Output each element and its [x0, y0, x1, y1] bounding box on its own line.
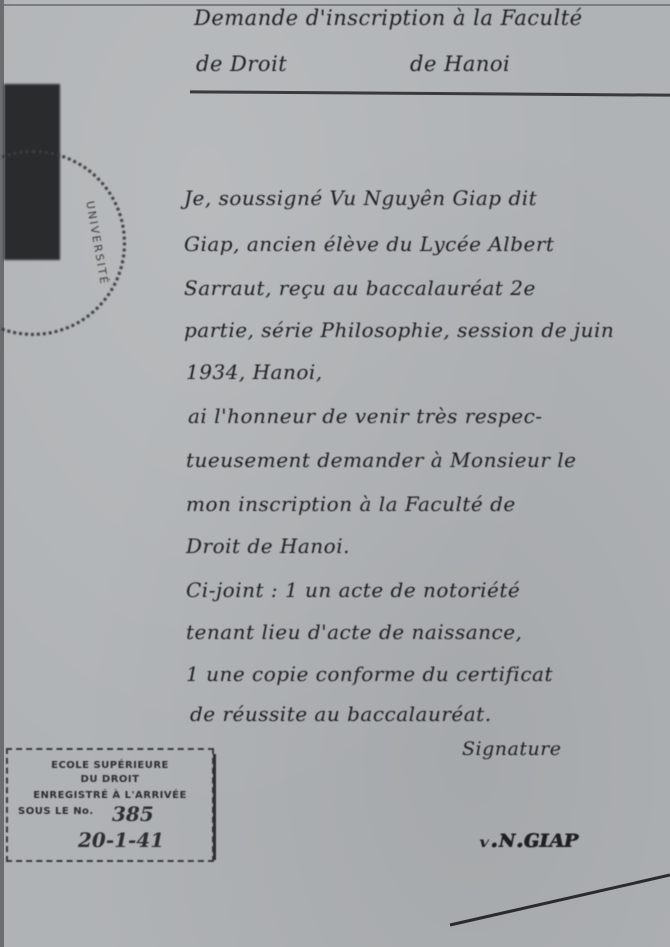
signature-flourish [440, 870, 670, 930]
letter-line: ai l'honneur de venir très respec- [188, 404, 543, 428]
stamp-registration-number: 385 [112, 802, 154, 826]
document-title-line-2a: de Droit [196, 52, 287, 76]
document-title-line-1: Demande d'inscription à la Faculté [194, 6, 583, 30]
stamp-line-3: ENREGISTRÉ À L'ARRIVÉE [8, 790, 212, 801]
registration-stamp: ECOLE SUPÉRIEURE DU DROIT ENREGISTRÉ À L… [6, 748, 214, 862]
letter-line: mon inscription à la Faculté de [186, 492, 516, 516]
letter-line: tueusement demander à Monsieur le [186, 448, 576, 472]
letter-line: 1934, Hanoi, [186, 360, 323, 384]
document-title-line-2b: de Hanoi [410, 52, 510, 76]
letter-line: Je, soussigné Vu Nguyên Giap dit [184, 186, 537, 210]
stamp-line-2: DU DROIT [8, 774, 212, 785]
stamp-line-4: SOUS LE No. [18, 806, 94, 817]
letter-line: Giap, ancien élève du Lycée Albert [184, 232, 554, 256]
letter-line: tenant lieu d'acte de naissance, [186, 620, 522, 644]
letter-line: de réussite au baccalauréat. [190, 702, 492, 726]
signature: ᵥ.ɴ.ɢɪᴀᴘ [478, 824, 578, 854]
stamp-date: 20-1-41 [78, 828, 164, 852]
letter-line: Ci-joint : 1 un acte de notoriété [186, 578, 520, 602]
letter-line: Sarraut, reçu au baccalauréat 2e [184, 276, 536, 300]
letter-line: Droit de Hanoi. [186, 534, 350, 558]
letter-line: partie, série Philosophie, session de ju… [184, 318, 614, 342]
stamp-line-1: ECOLE SUPÉRIEURE [8, 760, 212, 771]
signature-label: Signature [462, 738, 562, 760]
stamp-border [213, 754, 216, 860]
letter-line: 1 une copie conforme du certificat [186, 662, 553, 686]
